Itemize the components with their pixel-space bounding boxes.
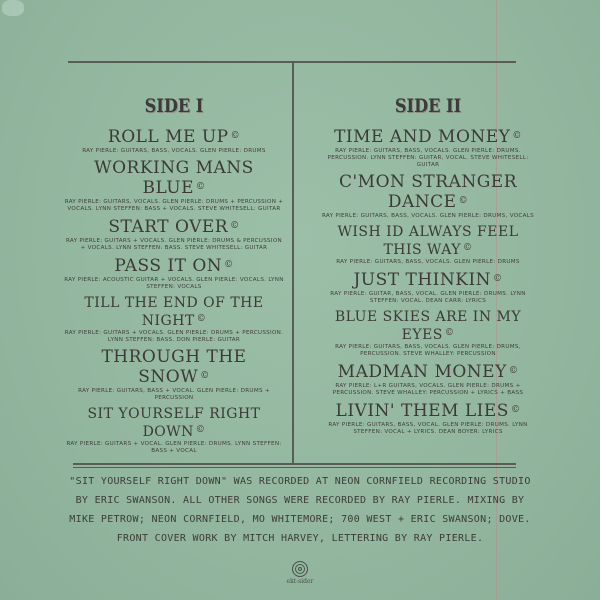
track-item: THROUGH THE SNOW©Ray Pierle: Guitars, Ba… (64, 348, 284, 402)
track-credits: Ray Pierle: Guitars + Vocals. Glen Pierl… (64, 238, 284, 252)
track-credits: Ray Pierle: L+R Guitars, Vocals. Glen Pi… (318, 383, 538, 397)
track-title: TILL THE END OF THE NIGHT© (64, 295, 284, 329)
track-item: WORKING MANS BLUE©Ray Pierle: Guitars, V… (64, 159, 284, 213)
copyright-mark: © (493, 274, 503, 284)
track-title-text: WORKING MANS BLUE (94, 158, 254, 198)
spiral-logo-icon (292, 561, 308, 577)
side-title: SIDE II (335, 95, 522, 117)
track-list: TIME AND MONEY©Ray Pierle: Guitars, Bass… (318, 127, 538, 436)
track-credits: Ray Pierle: Guitars, Bass, Vocals. Glen … (318, 213, 538, 220)
copyright-mark: © (200, 371, 210, 381)
track-item: TILL THE END OF THE NIGHT©Ray Pierle: Gu… (64, 295, 284, 344)
track-list: ROLL ME UP©Ray Pierle: Guitars, Bass, Vo… (64, 127, 284, 455)
side-title: SIDE I (81, 95, 268, 117)
notes-line: Mike Petrow; Neon Cornfield, Mo Whitemor… (20, 510, 580, 529)
side-two: SIDE II TIME AND MONEY©Ray Pierle: Guita… (318, 95, 538, 440)
notes-line: Front cover work by Mitch Harvey, letter… (20, 529, 580, 548)
track-item: BLUE SKIES ARE IN MY EYES©Ray Pierle: Gu… (318, 309, 538, 358)
track-title: BLUE SKIES ARE IN MY EYES© (318, 309, 538, 343)
track-title: MADMAN MONEY© (318, 362, 538, 382)
copyright-mark: © (445, 328, 455, 338)
center-divider (292, 62, 294, 463)
notes-line: by Eric Swanson. All other songs were re… (20, 491, 580, 510)
bottom-rule (73, 463, 516, 465)
track-title-text: SIT YOURSELF RIGHT DOWN (87, 406, 260, 440)
track-title: PASS IT ON© (64, 256, 284, 276)
track-title-text: TILL THE END OF THE NIGHT (84, 295, 263, 329)
track-item: ROLL ME UP©Ray Pierle: Guitars, Bass, Vo… (64, 127, 284, 155)
copyright-mark: © (463, 243, 473, 253)
copyright-mark: © (196, 182, 206, 192)
track-title-text: C'MON STRANGER DANCE (339, 172, 517, 212)
track-title: WISH ID ALWAYS FEEL THIS WAY© (318, 224, 538, 258)
track-title: WORKING MANS BLUE© (64, 159, 284, 198)
track-title: TIME AND MONEY© (318, 127, 538, 147)
copyright-mark: © (512, 131, 522, 141)
track-credits: Ray Pierle: Guitars, Bass, Vocals. Glen … (318, 259, 538, 266)
notes-line: "Sit Yourself Right Down" was recorded a… (20, 472, 580, 491)
track-credits: Ray Pierle: Guitars, Bass, Vocals. Glen … (318, 344, 538, 358)
track-credits: Ray Pierle: Guitars, Bass + Vocal. Glen … (64, 388, 284, 402)
track-credits: Ray Pierle: Guitars, Bass, Vocals. Glen … (318, 148, 538, 169)
track-title-text: LIVIN' THEM LIES (336, 401, 509, 421)
track-title-text: JUST THINKIN (353, 270, 491, 290)
track-title-text: TIME AND MONEY (334, 127, 510, 147)
track-item: LIVIN' THEM LIES©Ray Pierle: Guitars, Ba… (318, 401, 538, 436)
copyright-mark: © (224, 260, 234, 270)
track-credits: Ray Pierle: Guitars, Vocals. Glen Pierle… (64, 199, 284, 213)
track-title-text: PASS IT ON (114, 256, 222, 276)
track-title-text: THROUGH THE SNOW (101, 347, 246, 387)
copyright-mark: © (459, 196, 469, 206)
track-title: THROUGH THE SNOW© (64, 348, 284, 387)
track-item: START OVER©Ray Pierle: Guitars + Vocals.… (64, 217, 284, 252)
recording-notes: "Sit Yourself Right Down" was recorded a… (20, 472, 580, 548)
track-item: C'MON STRANGER DANCE©Ray Pierle: Guitars… (318, 173, 538, 220)
track-title: ROLL ME UP© (64, 127, 284, 147)
track-item: JUST THINKIN©Ray Pierle: Guitar, Bass, V… (318, 270, 538, 305)
copyright-mark: © (197, 314, 207, 324)
track-item: SIT YOURSELF RIGHT DOWN©Ray Pierle: Guit… (64, 406, 284, 455)
track-credits: Ray Pierle: Guitars, Bass, Vocal. Glen P… (318, 422, 538, 436)
track-credits: Ray Pierle: Guitar, Bass, Vocal. Glen Pi… (318, 291, 538, 305)
copyright-mark: © (509, 366, 519, 376)
track-item: WISH ID ALWAYS FEEL THIS WAY©Ray Pierle:… (318, 224, 538, 266)
track-credits: Ray Pierle: Guitars + Vocals. Glen Pierl… (64, 330, 284, 344)
copyright-mark: © (230, 221, 240, 231)
track-title: SIT YOURSELF RIGHT DOWN© (64, 406, 284, 440)
copyright-mark: © (196, 425, 206, 435)
track-item: TIME AND MONEY©Ray Pierle: Guitars, Bass… (318, 127, 538, 169)
track-item: PASS IT ON©Ray Pierle: Acoustic Guitar +… (64, 256, 284, 291)
wear-mark (2, 0, 24, 16)
track-title: START OVER© (64, 217, 284, 237)
track-title-text: ROLL ME UP (108, 127, 229, 147)
track-item: MADMAN MONEY©Ray Pierle: L+R Guitars, Vo… (318, 362, 538, 397)
track-title-text: MADMAN MONEY (338, 362, 507, 382)
track-credits: Ray Pierle: Guitars + Vocal. Glen Pierle… (64, 441, 284, 455)
track-credits: Ray Pierle: Acoustic Guitar + Vocals. Gl… (64, 277, 284, 291)
bottom-rule-thin (73, 467, 516, 468)
track-title: C'MON STRANGER DANCE© (318, 173, 538, 212)
track-title: LIVIN' THEM LIES© (318, 401, 538, 421)
side-one: SIDE I ROLL ME UP©Ray Pierle: Guitars, B… (64, 95, 284, 459)
track-title-text: WISH ID ALWAYS FEEL THIS WAY (337, 224, 518, 258)
track-title-text: BLUE SKIES ARE IN MY EYES (335, 309, 521, 343)
copyright-mark: © (231, 131, 241, 141)
copyright-mark: © (511, 405, 521, 415)
label-name: ekt-sider (284, 578, 316, 585)
track-credits: Ray Pierle: Guitars, Bass, Vocals. Glen … (64, 148, 284, 155)
track-title: JUST THINKIN© (318, 270, 538, 290)
track-title-text: START OVER (108, 217, 228, 237)
label-logo: ekt-sider (284, 561, 316, 585)
